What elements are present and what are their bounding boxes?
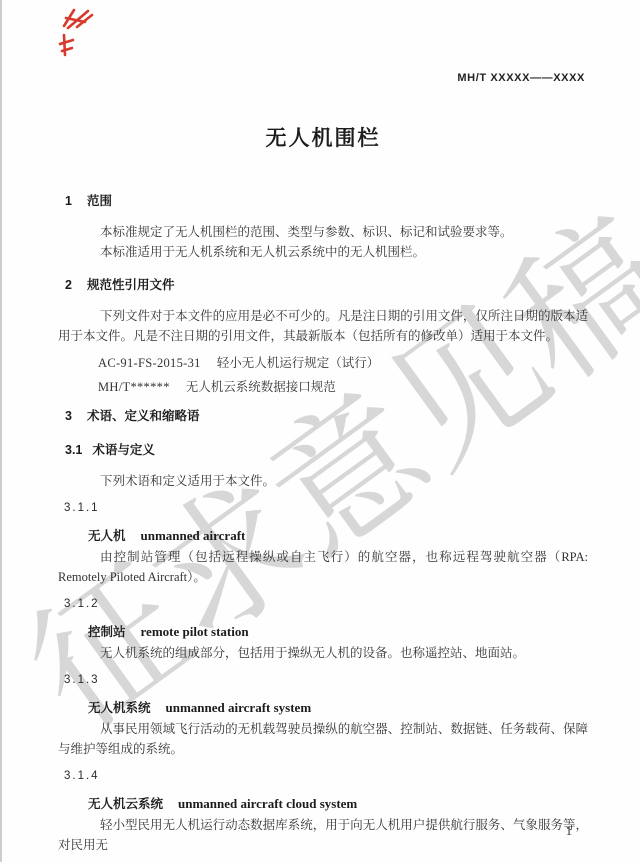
term-definition: 无人机系统的组成部分，包括用于操纵无人机的设备。也称遥控站、地面站。 — [58, 643, 588, 663]
term-number: 3.1.2 — [58, 594, 588, 614]
page-number: 1 — [566, 824, 572, 839]
term-en: remote pilot station — [141, 624, 249, 639]
section-number: 2 — [65, 278, 72, 292]
subsection-heading-terms-definitions: 3.1术语与定义 — [58, 441, 588, 459]
scan-edge-line — [0, 0, 2, 862]
term-title-row: 无人机云系统unmanned aircraft cloud system — [58, 794, 588, 814]
term-title-row: 无人机unmanned aircraft — [58, 526, 588, 546]
scope-paragraph: 本标准规定了无人机围栏的范围、类型与参数、标识、标记和试验要求等。 — [58, 222, 588, 242]
term-number: 3.1.1 — [58, 498, 588, 518]
section-title: 规范性引用文件 — [87, 278, 175, 292]
term-number: 3.1.3 — [58, 670, 588, 690]
reference-code: MH/T****** — [98, 380, 170, 394]
reference-title: 无人机云系统数据接口规范 — [186, 380, 336, 394]
term-title-row: 控制站remote pilot station — [58, 622, 588, 642]
document-title: 无人机围栏 — [58, 122, 588, 152]
section-number: 3 — [65, 409, 72, 423]
document-body: 无人机围栏 1范围 本标准规定了无人机围栏的范围、类型与参数、标识、标记和试验要… — [58, 122, 588, 855]
reference-code: AC-91-FS-2015-31 — [98, 356, 201, 370]
section-title: 范围 — [87, 194, 112, 208]
term-title-row: 无人机系统unmanned aircraft system — [58, 698, 588, 718]
standard-code: MH/T XXXXX——XXXX — [457, 72, 585, 84]
reference-item: AC-91-FS-2015-31轻小无人机运行规定（试行） — [58, 351, 588, 375]
scope-paragraph: 本标准适用于无人机系统和无人机云系统中的无人机围栏。 — [58, 242, 588, 262]
reference-item: MH/T******无人机云系统数据接口规范 — [58, 375, 588, 399]
terms-intro: 下列术语和定义适用于本文件。 — [58, 471, 588, 491]
term-en: unmanned aircraft cloud system — [178, 796, 357, 811]
term-definition: 轻小型民用无人机运行动态数据库系统，用于向无人机用户提供航行服务、气象服务等，对… — [58, 815, 588, 855]
section-heading-terms: 3术语、定义和缩略语 — [58, 407, 588, 425]
subsection-number: 3.1 — [65, 443, 82, 457]
term-zh: 控制站 — [88, 625, 126, 639]
term-en: unmanned aircraft — [141, 528, 246, 543]
section-title: 术语、定义和缩略语 — [87, 409, 200, 423]
section-number: 1 — [65, 194, 72, 208]
term-number: 3.1.4 — [58, 766, 588, 786]
document-page: 征求意见稿 MH/T XXXXX——XXXX 无人机围栏 1范围 本标准规定了无… — [0, 0, 640, 862]
section-heading-references: 2规范性引用文件 — [58, 276, 588, 294]
term-definition: 由控制站管理（包括远程操纵或自主飞行）的航空器，也称远程驾驶航空器（RPA: R… — [58, 547, 588, 587]
term-zh: 无人机 — [88, 529, 126, 543]
subsection-title: 术语与定义 — [92, 443, 155, 457]
references-intro: 下列文件对于本文件的应用是必不可少的。凡是注日期的引用文件，仅所注日期的版本适用… — [58, 306, 588, 346]
red-stamp-mark-icon — [61, 6, 95, 31]
term-en: unmanned aircraft system — [166, 700, 312, 715]
term-zh: 无人机系统 — [88, 701, 151, 715]
reference-title: 轻小无人机运行规定（试行） — [217, 356, 380, 370]
term-definition: 从事民用领域飞行活动的无机载驾驶员操纵的航空器、控制站、数据链、任务载荷、保障与… — [58, 719, 588, 759]
term-zh: 无人机云系统 — [88, 797, 163, 811]
section-heading-scope: 1范围 — [58, 192, 588, 210]
red-stamp-mark-icon — [58, 33, 76, 58]
